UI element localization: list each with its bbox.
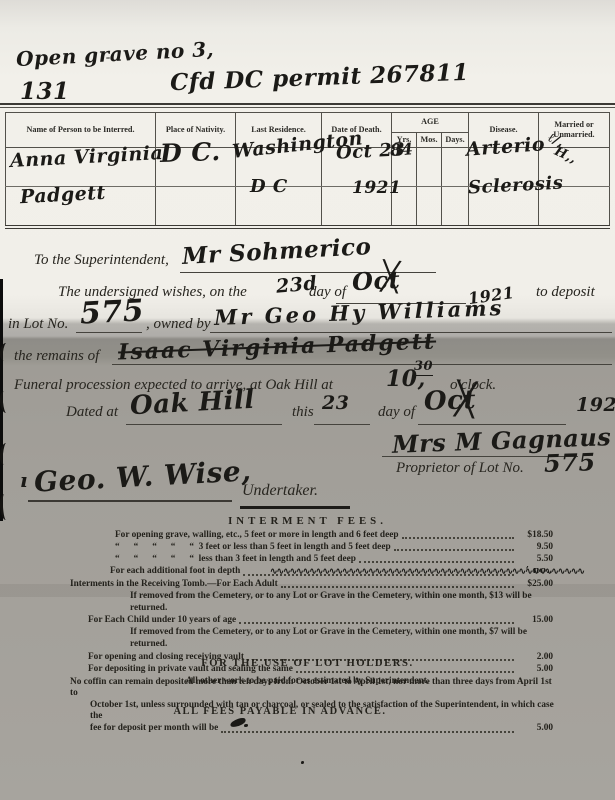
dated-place-handwritten: Oak Hill xyxy=(129,385,255,421)
entry-nativity: D C. xyxy=(160,137,222,168)
lot-number-handwritten: 575 xyxy=(79,293,145,331)
signature-line xyxy=(28,500,232,502)
cut-off-handwriting-fragment xyxy=(0,443,11,466)
fee-label: For Each Child under 10 years of age xyxy=(88,614,236,626)
proprietor-of-lot-label: Proprietor of Lot No. xyxy=(396,460,524,477)
handwritten-record-number: 131 xyxy=(20,78,70,105)
col-header-mos: Mos. xyxy=(417,133,442,148)
fee-amount: 5.50 xyxy=(517,553,553,565)
day-of-label: day of xyxy=(309,284,346,301)
dated-year-handwritten: 1921 xyxy=(576,394,615,416)
handwritten-permit-note: Cfd DC permit 267811 xyxy=(170,59,470,96)
cut-off-handwriting-fragment xyxy=(0,391,11,414)
fee-note: If removed from the Cemetery, or to any … xyxy=(130,626,553,650)
all-fees-advance-notice: ALL FEES PAYABLE IN ADVANCE. xyxy=(0,706,560,717)
dot-leader xyxy=(402,537,514,539)
entry-age-years: 84 xyxy=(389,139,414,160)
scan-shadow-band xyxy=(0,584,615,597)
undertaker-signature: Geo. W. Wise, xyxy=(33,454,252,498)
col-header-age: AGE xyxy=(392,113,469,133)
undertaker-label: Undertaker. xyxy=(242,482,318,500)
fee-row: For opening grave, walling, etc., 5 feet… xyxy=(0,529,615,541)
superintendent-name-handwritten: Mr Sohmerico xyxy=(181,233,372,270)
fee-row: For Each Child under 10 years of age 15.… xyxy=(0,614,615,626)
lot-holders-line3-text: fee for deposit per month will be xyxy=(90,723,218,735)
proprietor-lot-number: 575 xyxy=(544,447,597,478)
fee-amount: $18.50 xyxy=(517,529,553,541)
blank-line xyxy=(126,424,282,425)
deposit-fee-amount: 5.00 xyxy=(517,723,553,735)
blank-line xyxy=(76,332,142,333)
in-lot-no-label: in Lot No. xyxy=(8,316,68,333)
ink-dot xyxy=(301,761,304,764)
pencil-dot xyxy=(106,57,110,59)
day-of-label-2: day of xyxy=(378,404,415,421)
dot-leader xyxy=(359,561,514,563)
dot-leader xyxy=(394,549,514,551)
interment-record-table: Name of Person to be Interred. Place of … xyxy=(5,112,610,229)
dated-at-label: Dated at xyxy=(66,404,118,421)
cut-off-handwriting-fragment xyxy=(0,494,11,521)
fee-label: For opening grave, walling, etc., 5 feet… xyxy=(115,529,399,541)
pencil-dot xyxy=(30,55,33,57)
cut-off-handwriting-fragment xyxy=(0,342,11,361)
arrival-minutes-handwritten: 30 xyxy=(414,359,433,376)
pen-flourish-x-2: ╳ xyxy=(454,379,478,419)
owned-by-label: , owned by xyxy=(146,316,211,333)
fee-label: For each additional foot in depth xyxy=(110,565,240,577)
lot-holders-section: FOR THE USE OF LOT HOLDERS. No coffin ca… xyxy=(0,658,615,735)
fee-label: “ “ “ “ “ less than 3 feet in length and… xyxy=(115,553,356,565)
entry-death-date-line2: 1921 xyxy=(352,178,401,198)
blank-line xyxy=(112,364,612,365)
dated-day-handwritten: 23 xyxy=(322,392,349,414)
to-superintendent-label: To the Superintendent, xyxy=(34,252,169,269)
lot-holders-line3: fee for deposit per month will be 5.00 xyxy=(0,723,615,735)
interment-fees-title: INTERMENT FEES. xyxy=(0,515,615,527)
dot-leader xyxy=(221,731,514,733)
fee-row: “ “ “ “ “ 3 feet or less than 5 feet in … xyxy=(0,541,615,553)
section-divider-bar xyxy=(240,506,350,509)
lot-owner-handwritten: Mr Geo Hy Williams xyxy=(214,295,505,330)
blank-line xyxy=(314,424,370,425)
fee-note-row: If removed from the Cemetery, or to any … xyxy=(0,626,615,650)
stray-ink-mark: ı xyxy=(20,468,28,492)
fee-row: For each additional foot in depth ’ no‥ … xyxy=(0,565,615,577)
pen-scribble-over-leader: ∿∿∿∿∿∿∿∿∿∿∿∿∿∿∿∿∿∿∿∿∿∿∿∿∿∿∿∿∿∿∿∿∿∿∿∿∿∿∿∿… xyxy=(270,566,584,578)
entry-residence-line2: D C xyxy=(250,176,288,197)
dot-leader xyxy=(239,622,514,624)
fee-label: “ “ “ “ “ 3 feet or less than 5 feet in … xyxy=(115,541,391,553)
interment-permit-document: Open grave no 3, 131 Cfd DC permit 26781… xyxy=(0,0,615,800)
fee-row: “ “ “ “ “ less than 3 feet in length and… xyxy=(0,553,615,565)
fee-amount: 9.50 xyxy=(517,541,553,553)
handwritten-open-grave-note: Open grave no 3, xyxy=(16,37,215,71)
fee-amount: 15.00 xyxy=(517,614,553,626)
deceased-name-struck-through: Isaac Virginia Padgett xyxy=(118,328,437,365)
lot-holders-line1: No coffin can remain deposited more than… xyxy=(0,677,615,700)
to-deposit-label: to deposit xyxy=(536,284,595,301)
lot-holders-title: FOR THE USE OF LOT HOLDERS. xyxy=(0,658,615,670)
remains-of-label: the remains of xyxy=(14,348,99,365)
horizontal-double-rule xyxy=(0,103,615,108)
this-label: this xyxy=(292,404,314,421)
pen-flourish-x: ╳ xyxy=(380,259,401,294)
entry-name-line2: Padgett xyxy=(19,182,106,208)
col-header-name: Name of Person to be Interred. xyxy=(6,113,156,148)
